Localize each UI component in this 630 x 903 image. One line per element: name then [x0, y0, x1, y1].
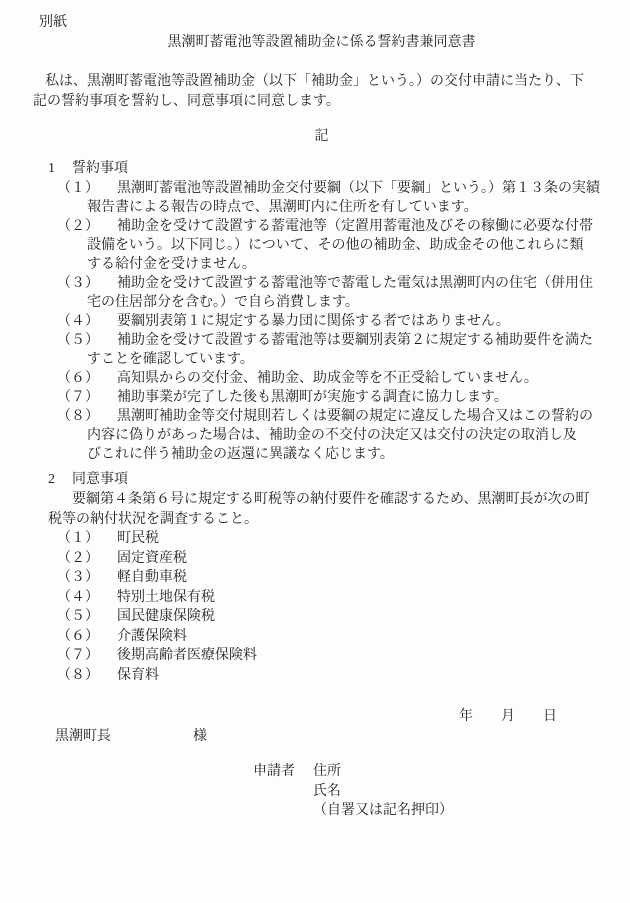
pledge-item-5: （５）補助金を受けて設置する蓄電池等は要綱別表第２に規定する補助要件を満た すこ…: [33, 331, 610, 369]
document-page: 別紙 黒潮町蓄電池等設置補助金に係る誓約書兼同意書 私は、黒潮町蓄電池等設置補助…: [0, 0, 630, 903]
document-title: 黒潮町蓄電池等設置補助金に係る誓約書兼同意書: [33, 33, 610, 53]
item-text: 要綱別表第１に規定する暴力団に関係する者ではありません。: [117, 314, 510, 329]
tax-item-list: （１）町民税 （２）固定資産税 （３）軽自動車税 （４）特別土地保有税 （５）国…: [33, 529, 610, 685]
item-number: （１）: [57, 529, 99, 549]
intro-paragraph: 私は、黒潮町蓄電池等設置補助金（以下「補助金」という。）の交付申請に当たり、下 …: [33, 72, 610, 112]
tax-item-4: （４）特別土地保有税: [33, 588, 610, 608]
item-text: 軽自動車税: [117, 570, 187, 585]
item-text: 補助金を受けて設置する蓄電池等で蓄電した電気は黒潮町内の住宅（併用住 宅の住居部…: [87, 276, 593, 310]
item-text: 黒潮町蓄電池等設置補助金交付要綱（以下「要綱」という。）第１３条の実績 報告書に…: [87, 181, 600, 215]
tax-item-8: （８）保育料: [33, 666, 610, 686]
month-label: 月: [501, 709, 515, 724]
pledge-item-2: （２）補助金を受けて設置する蓄電池等（定置用蓄電池及びその稼働に必要な付帯 設備…: [33, 217, 610, 274]
ki-marker: 記: [33, 127, 610, 147]
item-number: （５）: [57, 607, 99, 627]
applicant-block: 申請者 住所 氏名 （自署又は記名押印）: [253, 762, 610, 821]
item-number: （３）: [57, 568, 99, 588]
applicant-label: 申請者: [253, 762, 295, 821]
item-text: 補助金を受けて設置する蓄電池等は要綱別表第２に規定する補助要件を満た すことを確…: [87, 333, 593, 367]
pledge-item-7: （７）補助事業が完了した後も黒潮町が実施する調査に協力します。: [33, 388, 610, 407]
tax-item-2: （２）固定資産税: [33, 549, 610, 569]
item-number: （４）: [57, 588, 99, 608]
pledge-item-4: （４）要綱別表第１に規定する暴力団に関係する者ではありません。: [33, 312, 610, 331]
year-label: 年: [459, 709, 473, 724]
name-label: 氏名: [313, 782, 453, 802]
section-2-heading: 2同意事項: [33, 470, 610, 490]
section-2-title: 同意事項: [72, 472, 128, 487]
item-text: 固定資産税: [117, 551, 187, 566]
item-text: 介護保険料: [117, 629, 187, 644]
pledge-item-list: （１）黒潮町蓄電池等設置補助金交付要綱（以下「要綱」という。）第１３条の実績 報…: [33, 179, 610, 464]
applicant-fields: 住所 氏名 （自署又は記名押印）: [313, 762, 453, 821]
item-text: 高知県からの交付金、補助金、助成金等を不正受給していません。: [117, 371, 538, 386]
section-1-number: 1: [48, 161, 55, 176]
item-number: （６）: [57, 627, 99, 647]
item-number: （８）: [57, 666, 99, 686]
pledge-item-8: （８）黒潮町補助金等交付規則若しくは要綱の規定に違反した場合又はこの誓約の 内容…: [33, 407, 610, 464]
signature-note: （自署又は記名押印）: [313, 801, 453, 821]
attachment-label: 別紙: [39, 13, 610, 33]
item-number: （１）: [57, 179, 99, 198]
day-label: 日: [543, 709, 557, 724]
section-2-number: 2: [48, 472, 55, 487]
item-text: 町民税: [117, 531, 159, 546]
item-number: （７）: [57, 388, 99, 407]
item-text: 補助事業が完了した後も黒潮町が実施する調査に協力します。: [117, 390, 508, 405]
date-line: 年月日: [33, 707, 610, 727]
tax-item-3: （３）軽自動車税: [33, 568, 610, 588]
item-number: （８）: [57, 407, 99, 426]
section-1-title: 誓約事項: [72, 161, 128, 176]
address-label: 住所: [313, 762, 453, 782]
pledge-item-3: （３）補助金を受けて設置する蓄電池等で蓄電した電気は黒潮町内の住宅（併用住 宅の…: [33, 274, 610, 312]
tax-item-6: （６）介護保険料: [33, 627, 610, 647]
tax-item-7: （７）後期高齢者医療保険料: [33, 646, 610, 666]
pledge-item-6: （６）高知県からの交付金、補助金、助成金等を不正受給していません。: [33, 369, 610, 388]
honorific-label: 様: [193, 729, 207, 744]
item-number: （２）: [57, 217, 99, 236]
item-number: （６）: [57, 369, 99, 388]
item-number: （４）: [57, 312, 99, 331]
item-text: 保育料: [117, 668, 159, 683]
item-text: 国民健康保険税: [117, 609, 215, 624]
item-text: 後期高齢者医療保険料: [117, 648, 257, 663]
document-body: 別紙 黒潮町蓄電池等設置補助金に係る誓約書兼同意書 私は、黒潮町蓄電池等設置補助…: [0, 0, 630, 821]
section-1-heading: 1誓約事項: [33, 159, 610, 179]
consent-intro: 要綱第４条第６号に規定する町税等の納付要件を確認するため、黒潮町長が次の町 税等…: [33, 490, 610, 529]
tax-item-1: （１）町民税: [33, 529, 610, 549]
item-text: 黒潮町補助金等交付規則若しくは要綱の規定に違反した場合又はこの誓約の 内容に偽り…: [87, 409, 593, 462]
mayor-label: 黒潮町長: [55, 729, 111, 744]
addressee-line: 黒潮町長様: [33, 727, 610, 747]
item-text: 特別土地保有税: [117, 590, 215, 605]
tax-item-5: （５）国民健康保険税: [33, 607, 610, 627]
item-number: （３）: [57, 274, 99, 293]
item-text: 補助金を受けて設置する蓄電池等（定置用蓄電池及びその稼働に必要な付帯 設備をいう…: [87, 219, 593, 272]
item-number: （７）: [57, 646, 99, 666]
item-number: （５）: [57, 331, 99, 350]
pledge-item-1: （１）黒潮町蓄電池等設置補助金交付要綱（以下「要綱」という。）第１３条の実績 報…: [33, 179, 610, 217]
item-number: （２）: [57, 549, 99, 569]
